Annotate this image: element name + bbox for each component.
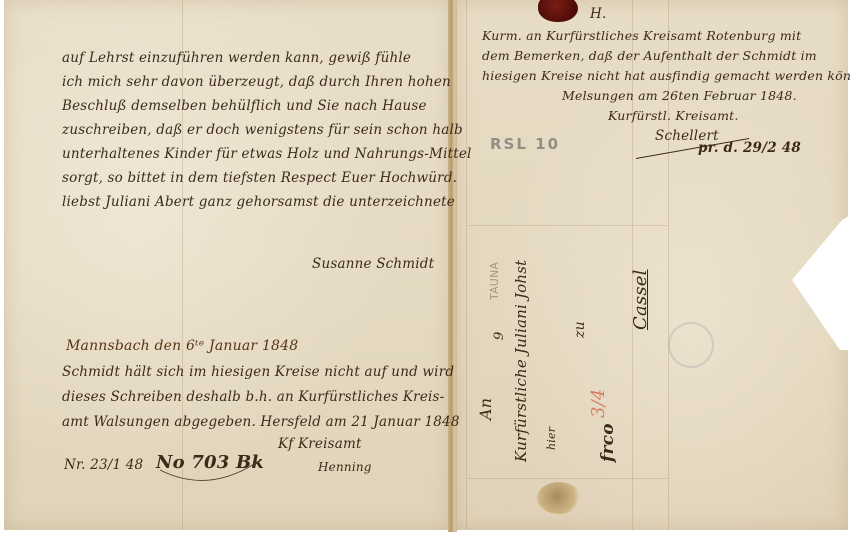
office-signer: Henning (318, 460, 372, 474)
endorsement-line: dem Bemerken, daß der Aufenthalt der Sch… (482, 48, 817, 63)
address-salutation: An (476, 398, 495, 420)
letter-line: ich mich sehr davon überzeugt, daß durch… (62, 74, 451, 90)
paper-stain (537, 482, 581, 514)
address-line-1: Kurfürstliche Juliani Johst (512, 260, 530, 462)
received-note: pr. d. 29/2 48 (698, 140, 801, 156)
red-postage-mark: 3/4 (588, 388, 609, 418)
dateline: Mannsbach den 6ᵗᵉ Januar 1848 (66, 338, 298, 354)
address-city: Cassel (630, 269, 651, 330)
endorsement-line: amt Walsungen abgegeben. Hersfeld am 21 … (62, 414, 460, 430)
address-preposition: zu (572, 321, 588, 338)
letter-line: zuschreiben, daß er doch wenigstens für … (62, 122, 463, 138)
letter-line: auf Lehrst einzuführen werden kann, gewi… (62, 50, 411, 66)
postal-stamp: RSL 10 (490, 135, 560, 153)
right-dateline: Melsungen am 26ten Februar 1848. (562, 88, 797, 103)
heading-mark: H. (590, 6, 606, 22)
fold-crease (466, 0, 467, 530)
letter-line: Beschluß demselben behülflich und Sie na… (62, 98, 427, 114)
endorsement-line: hiesigen Kreise nicht hat ausfindig gema… (482, 68, 850, 83)
endorsement-line: Schmidt hält sich im hiesigen Kreise nic… (62, 364, 454, 380)
letter-line: liebst Juliani Abert ganz gehorsamst die… (62, 194, 455, 210)
letter-line: sorgt, so bittet in dem tiefsten Respect… (62, 170, 457, 186)
torn-notch (780, 200, 850, 350)
registry-number: Nr. 23/1 48 (64, 457, 143, 473)
endorsement-line: dieses Schreiben deshalb b.h. an Kurfürs… (62, 389, 444, 405)
franking-mark: frco (598, 423, 618, 462)
postmark-text: TAUNA (488, 262, 501, 300)
fold-crease (468, 225, 668, 226)
flourish-loop (150, 440, 270, 490)
office-signature: Kf Kreisamt (278, 436, 362, 452)
number-mark: 9 (492, 332, 507, 340)
endorsement-line: Kurm. an Kurfürstliches Kreisamt Rotenbu… (482, 28, 801, 43)
postmark-circle (668, 322, 714, 368)
letter-line: unterhaltenes Kinder für etwas Holz und … (62, 146, 472, 162)
letter-signature: Susanne Schmidt (312, 256, 434, 272)
fold-crease (468, 478, 668, 479)
office-name: Kurfürstl. Kreisamt. (608, 108, 739, 123)
address-line-2: hier (545, 427, 558, 450)
